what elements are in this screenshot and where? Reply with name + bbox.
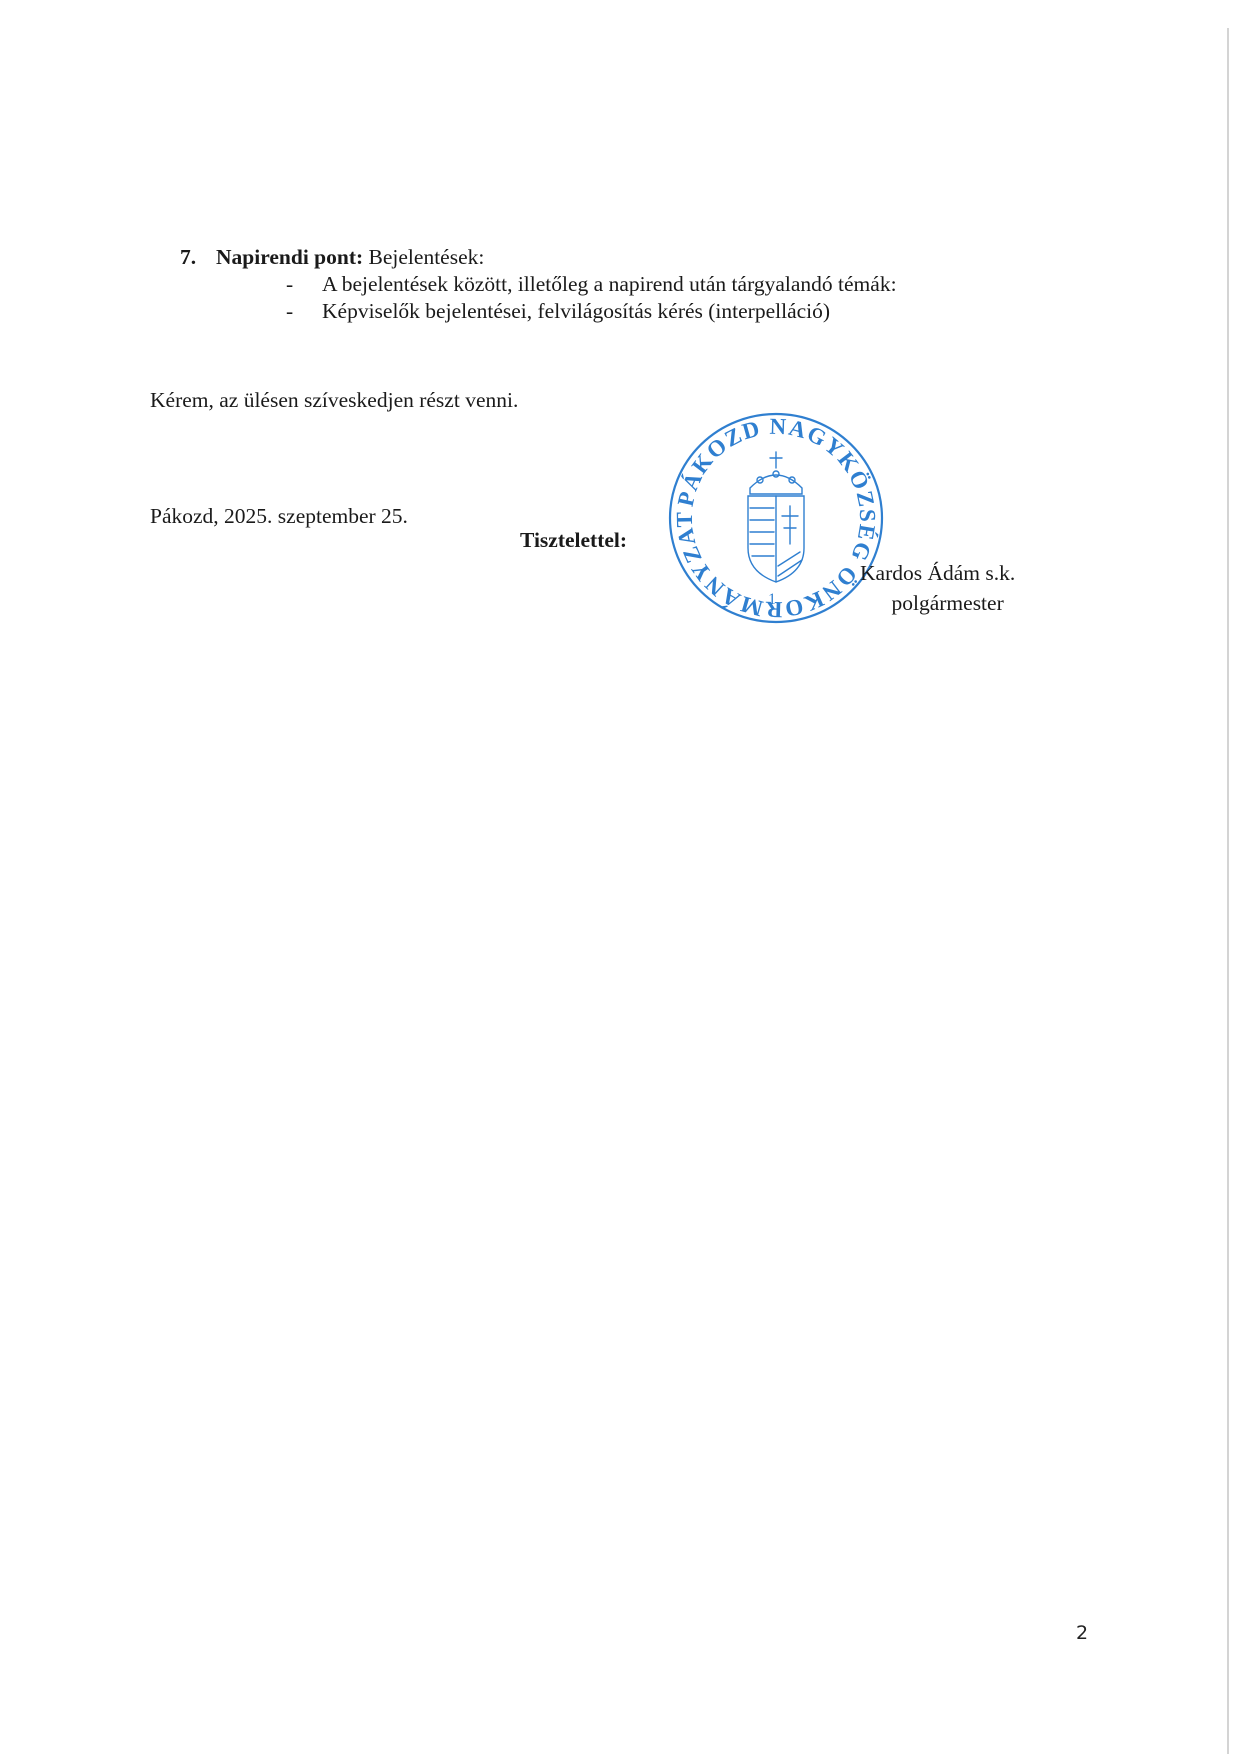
coat-of-arms-icon xyxy=(748,452,804,582)
agenda-bullet-list: - A bejelentések között, illetőleg a nap… xyxy=(180,271,897,325)
bullet-dash-icon: - xyxy=(286,298,293,325)
agenda-bullet-text: A bejelentések között, illetőleg a napir… xyxy=(322,272,897,296)
signer-title: polgármester xyxy=(860,588,1015,618)
official-stamp: PÁKOZD NAGYKÖZSÉG ÖNKORMÁNYZATA 1. xyxy=(664,406,888,630)
bullet-dash-icon: - xyxy=(286,271,293,298)
agenda-bullet: - Képviselők bejelentései, felvilágosítá… xyxy=(180,298,897,325)
signer-name: Kardos Ádám s.k. xyxy=(860,558,1015,588)
stamp-ring-text: PÁKOZD NAGYKÖZSÉG ÖNKORMÁNYZATA xyxy=(655,386,880,622)
agenda-bullet: - A bejelentések között, illetőleg a nap… xyxy=(180,271,897,298)
agenda-topic: Bejelentések: xyxy=(363,245,484,269)
agenda-label: Napirendi pont: xyxy=(216,245,363,269)
page-number: 2 xyxy=(1076,1622,1088,1644)
request-text: Kérem, az ülésen szíveskedjen részt venn… xyxy=(150,388,518,413)
signature-block: Kardos Ádám s.k. polgármester xyxy=(860,558,1015,618)
stamp-number: 1. xyxy=(768,591,780,608)
closing-salutation: Tisztelettel: xyxy=(520,528,627,553)
agenda-heading: 7.Napirendi pont: Bejelentések: xyxy=(180,244,897,271)
stamp-seal-icon: PÁKOZD NAGYKÖZSÉG ÖNKORMÁNYZATA 1. xyxy=(664,406,888,630)
agenda-item: 7.Napirendi pont: Bejelentések: - A beje… xyxy=(180,244,897,325)
agenda-bullet-text: Képviselők bejelentései, felvilágosítás … xyxy=(322,299,830,323)
page-edge-divider xyxy=(1227,28,1229,1754)
document-page: 7.Napirendi pont: Bejelentések: - A beje… xyxy=(0,0,1240,1754)
place-date: Pákozd, 2025. szeptember 25. xyxy=(150,504,408,529)
svg-text:PÁKOZD NAGYKÖZSÉG ÖNKORMÁNYZAT: PÁKOZD NAGYKÖZSÉG ÖNKORMÁNYZATA xyxy=(655,386,880,622)
agenda-number: 7. xyxy=(180,244,216,271)
